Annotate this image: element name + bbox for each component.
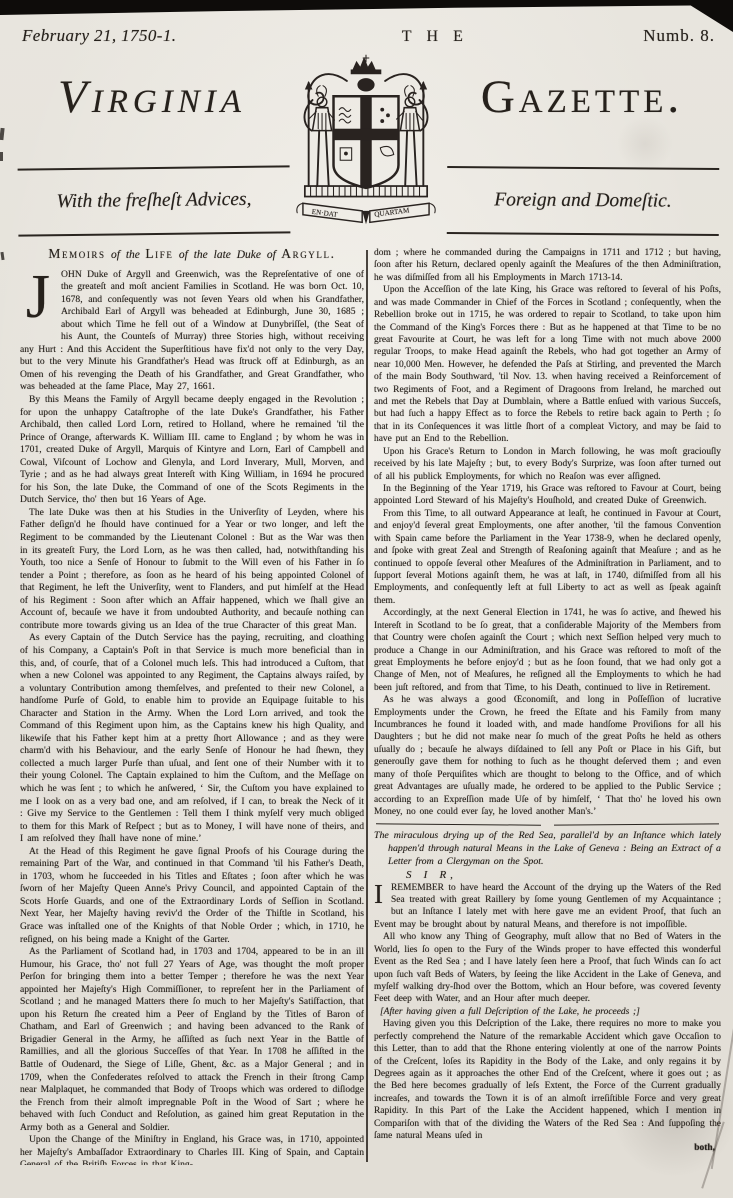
scan-top-edge [0,0,733,15]
article-paragraph: The late Duke was then at his Studies in… [20,507,364,632]
scan-edge-mark [0,152,3,161]
heading-duke: of the late Duke of [179,249,276,261]
article-paragraph: Having given you this Deſcription of the… [374,1018,721,1142]
tagline-left: With the freſheſt Advices, [18,165,291,236]
article-paragraph: dom ; where he commanded during the Camp… [374,247,721,284]
tagline-right: Foreign and Domeſtic. [447,166,719,236]
column-rule [366,250,368,1162]
newspaper-page: February 21, 1750-1. THE Numb. 8. Virgin… [0,0,733,1198]
article-paragraph: By this Means the Family of Argyll becam… [20,394,364,507]
article-paragraph: IREMEMBER to have heard the Account of t… [374,882,721,932]
issue-date: February 21, 1750-1. [22,26,176,46]
crest-motto-right: QUARTAM [374,206,411,218]
heading-memoirs: Memoirs [48,247,105,261]
masthead-title-gazette: Gazette. [443,74,721,121]
catchword: both, [374,1142,721,1154]
masthead-dateline-row: February 21, 1750-1. THE Numb. 8. [22,26,715,46]
scan-edge-mark [0,252,4,260]
article-paragraph: As the Parliament of Scotland had, in 17… [20,946,364,1134]
heading-life: Life [145,247,173,261]
tagline-left-text: With the freſheſt Advices, [56,189,251,213]
article-paragraph: At the Head of this Regiment he gave ſig… [20,846,364,946]
editorial-aside: [After having given a full Deſcription o… [374,1006,721,1018]
article-paragraph: Accordingly, at the next General Electio… [374,607,721,694]
article-paragraph: Upon the Acceſſion of the late King, his… [374,284,721,445]
letter-salutation: S I R, [406,869,721,881]
article-paragraph: In the Beginning of the Year 1719, his G… [374,483,721,508]
heading-of-the: of the [111,249,140,261]
heading-argyll: Argyll. [281,247,335,261]
tagline-right-text: Foreign and Domeſtic. [494,189,672,212]
dropcap-J: J [20,272,56,332]
scan-edge-mark [0,128,5,140]
coat-of-arms-icon: EN·DAT QUARTAM [280,50,452,238]
article-paragraph: As he was always a good Œconomiſt, and l… [374,694,721,818]
article-paragraph: Upon the Change of the Miniſtry in Engla… [20,1134,364,1165]
article-paragraph: Upon his Grace's Return to London in Mar… [374,446,721,483]
article-divider-rule [376,824,719,825]
article-paragraph: From this Time, to all outward Appearanc… [374,508,721,607]
column-left: Memoirs of the Life of the late Duke of … [20,247,364,1165]
argyll-article-heading: Memoirs of the Life of the late Duke of … [20,248,364,263]
red-sea-article-heading: The miraculous drying up of the Red Sea,… [374,830,721,868]
column-right: dom ; where he commanded during the Camp… [374,247,721,1181]
article-paragraph: JOHN Duke of Argyll and Greenwich, was t… [20,269,364,394]
masthead-the: THE [402,28,478,46]
issue-number: Numb. 8. [643,26,715,46]
masthead-title-virginia: Virginia [18,74,286,121]
dropcap-I: I [374,883,389,908]
article-paragraph: As every Captain of the Dutch Service ha… [20,632,364,845]
article-paragraph: All who know any Thing of Geography, muſ… [374,931,721,1006]
crest-motto-left: EN·DAT [311,208,338,219]
